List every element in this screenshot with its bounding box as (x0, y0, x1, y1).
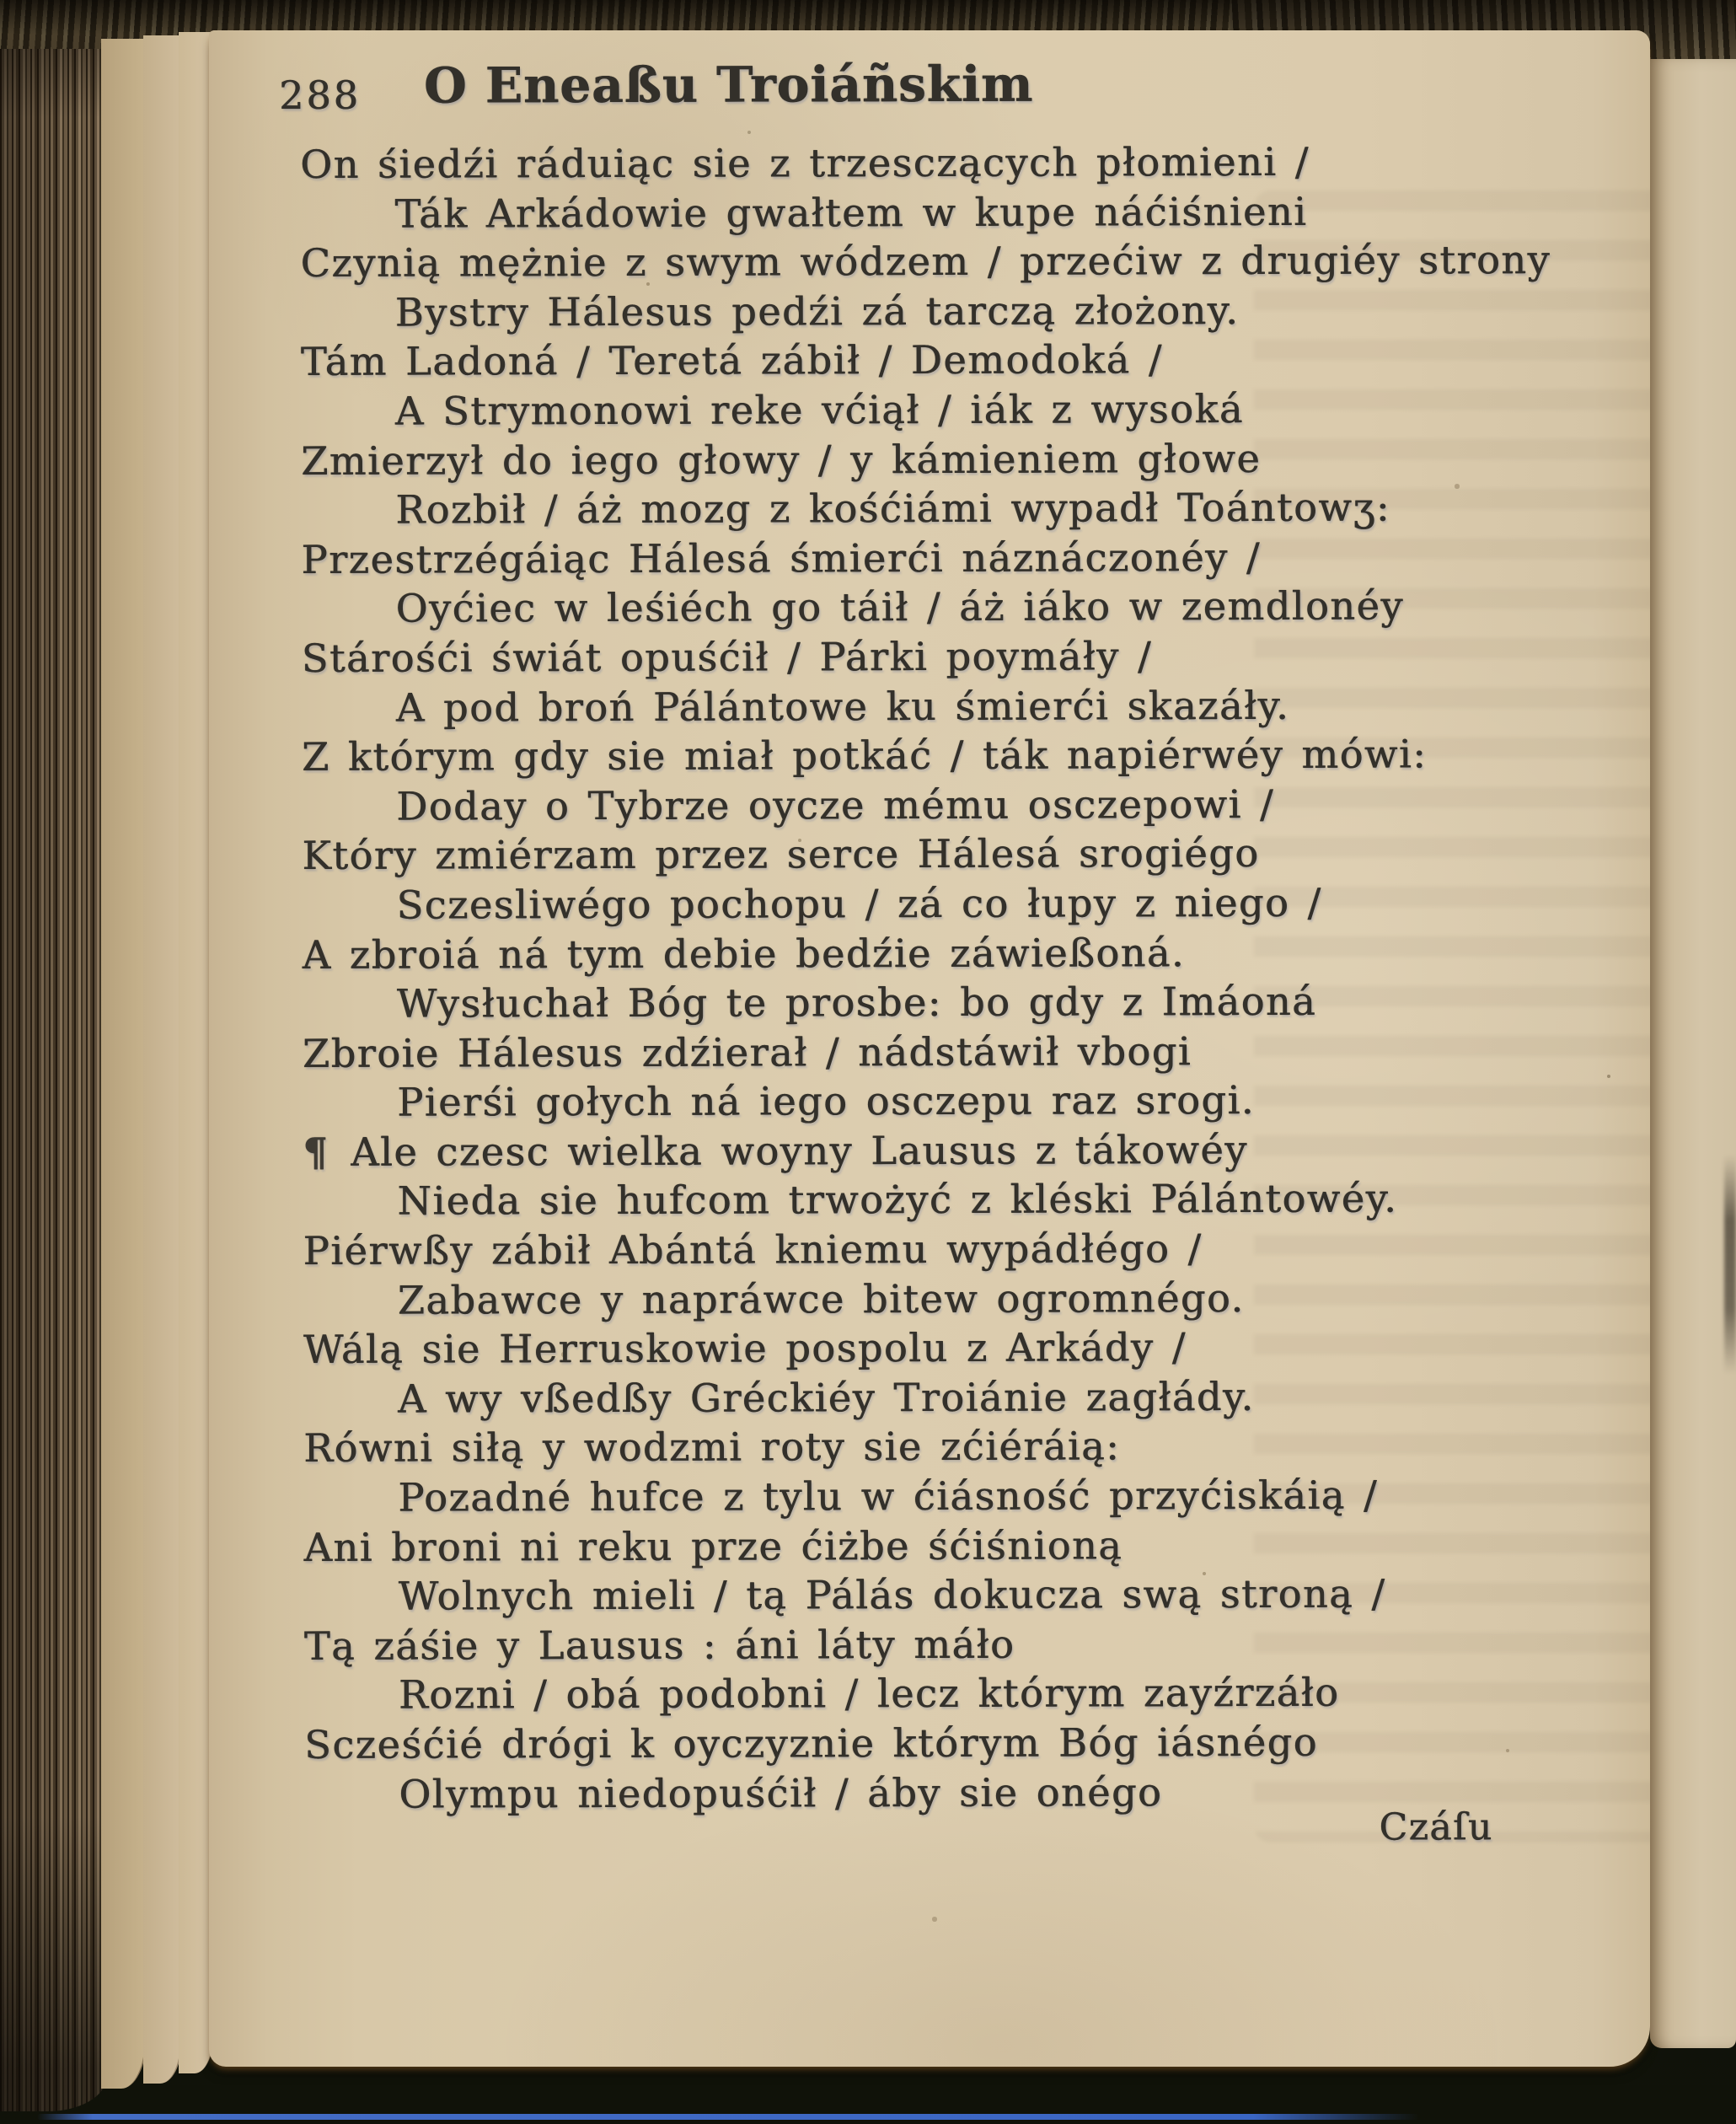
verse-line: Rozni / obá podobni / lecz którym zayźrz… (304, 1667, 1555, 1719)
verse-line: Tą záśie y Lausus : áni láty máło (304, 1618, 1555, 1671)
verse-line: Wysłuchał Bóg te prosbe: bo gdy z Imáoná (303, 976, 1553, 1028)
page-number: 288 (279, 72, 361, 118)
verse-line: Oyćiec w leśiéch go táił / áż iáko w zem… (302, 581, 1552, 633)
scanned-book-page: 288 O Eneaßu Troiáñskim On śiedźi ráduią… (0, 0, 1736, 2124)
verse-line: Sczesliwégo pochopu / zá co łupy z niego… (302, 877, 1552, 930)
verse-line: Scześćié drógi k oyczyznie którym Bóg iá… (304, 1717, 1555, 1769)
verse-line: Rozbił / áż mozg z kośćiámi wypadł Toánt… (301, 482, 1551, 534)
verse-line: Pozadné hufce z tylu w ćiásność przyćisk… (303, 1470, 1554, 1522)
verse-line: Przestrzégáiąc Hálesá śmierći náznáczoné… (301, 532, 1551, 584)
verse-line: Czynią mężnie z swym wódzem / przećiw z … (300, 235, 1551, 287)
page-edge-step-1 (101, 39, 147, 2089)
verse-line: A wy vßedßy Gréckiéy Troiánie zagłády. (303, 1371, 1554, 1424)
verse-line-with-pilcrow: ¶Ale czesc wielka woyny Lausus z tákowéy (303, 1124, 1553, 1177)
verse-line: Bystry Hálesus pedźi zá tarczą złożony. (301, 285, 1551, 337)
verse-line: A zbroiá ná tym debie bedźie záwießoná. (303, 927, 1553, 979)
page-sheet: 288 O Eneaßu Troiáñskim On śiedźi ráduią… (209, 30, 1650, 2067)
verse-line: Wolnych mieli / tą Pálás dokucza swą str… (304, 1569, 1555, 1621)
verse-line: Zbroie Hálesus zdźierał / nádstáwił vbog… (303, 1026, 1553, 1078)
verse-block: On śiedźi ráduiąc sie z trzesczących pło… (300, 137, 1555, 1819)
running-title: O Eneaßu Troiáñskim (424, 56, 1033, 115)
verse-line: Ták Arkádowie gwałtem w kupe náćiśnieni (300, 186, 1551, 239)
verse-line: Wálą sie Herruskowie pospolu z Arkády / (303, 1322, 1554, 1374)
verse-line: A pod broń Pálántowe ku śmierći skazáły. (302, 680, 1552, 732)
catchword: Czáſu (1379, 1805, 1492, 1848)
verse-line-text: Ale czesc wielka woyny Lausus z tákowéy (351, 1127, 1248, 1175)
verse-line: A Strymonowi reke vćiął / iák z wysoká (301, 383, 1551, 436)
printed-text-layer: 288 O Eneaßu Troiáñskim On śiedźi ráduią… (206, 29, 1653, 2068)
book-fore-edge-stack (0, 0, 106, 2111)
verse-line: On śiedźi ráduiąc sie z trzesczących pło… (300, 137, 1551, 189)
verse-line: Pierśi gołych ná iego osczepu raz srogi. (303, 1075, 1553, 1127)
verse-line: Który zmiérzam przez serce Hálesá srogié… (302, 828, 1552, 880)
verse-line: Zabawce y napráwce bitew ogromnégo. (303, 1273, 1554, 1325)
verse-line: Nieda sie hufcom trwożyć z kléski Pálánt… (303, 1174, 1553, 1226)
verse-line: Piérwßy zábił Abántá kniemu wypádłégo / (303, 1223, 1554, 1275)
verse-line: Z którym gdy sie miał potkáć / ták napié… (302, 729, 1552, 781)
right-edge-ink-smudge (1724, 1155, 1736, 1374)
verse-line: Ani broni ni reku prze ćiżbe śćiśnioną (303, 1520, 1554, 1572)
verse-line: Równi siłą y wodzmi roty sie zćiéráią: (303, 1420, 1554, 1472)
pilcrow-mark: ¶ (303, 1128, 329, 1177)
verse-line: Doday o Tybrze oycze mému osczepowi / (302, 779, 1552, 831)
verse-line: Stárośći świát opuśćił / Párki poymáły / (302, 630, 1552, 683)
page-edge-step-2 (143, 35, 182, 2084)
facing-page-strip (1650, 59, 1736, 2048)
verse-line: Olympu niedopuśćił / áby sie onégo (304, 1767, 1555, 1819)
verse-line: Zmierzył do iego głowy / y kámieniem gło… (301, 433, 1551, 485)
scanner-blue-line (37, 2114, 1419, 2120)
verse-line: Tám Ladoná / Teretá zábił / Demodoká / (301, 334, 1551, 386)
